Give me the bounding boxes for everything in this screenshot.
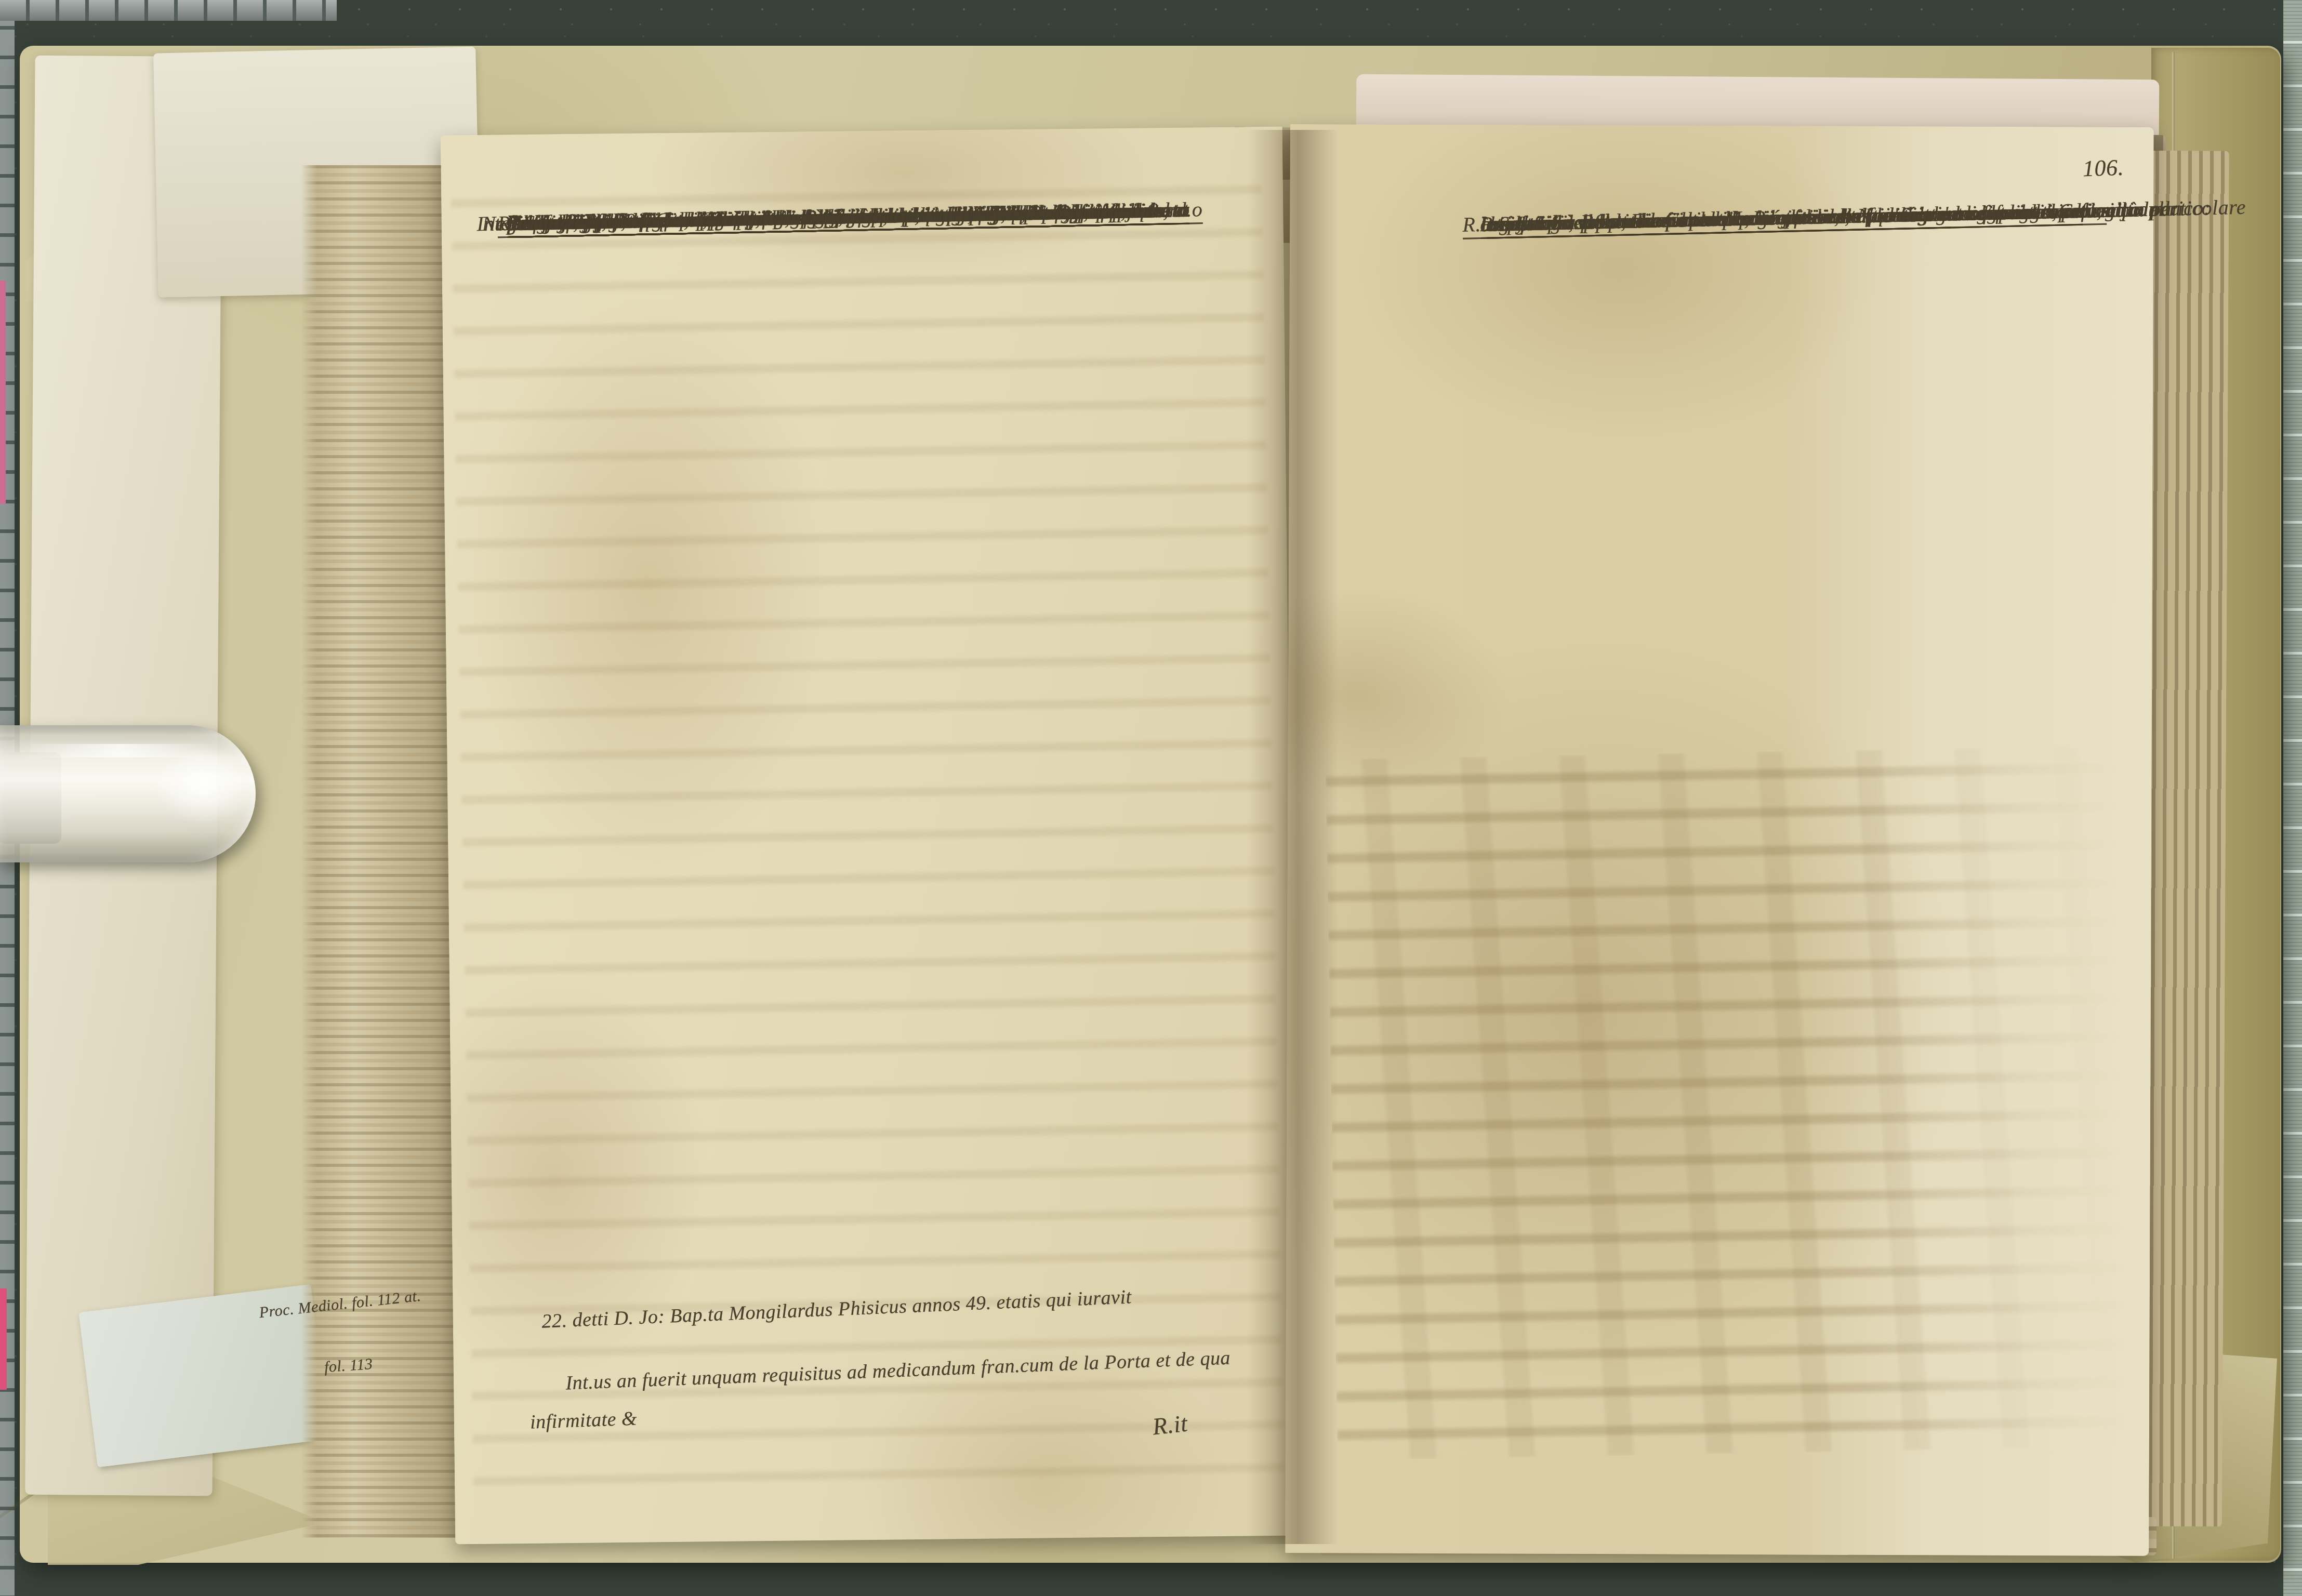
glass-highlight — [21, 744, 218, 757]
color-sliver-left-lower — [0, 1288, 7, 1390]
right-ruler-strip — [2283, 0, 2302, 1596]
manuscript-photo: 106. diedi di quel acqua del Beato manda… — [0, 0, 2302, 1596]
margin-note-folio: fol. 113 — [324, 1355, 374, 1376]
page-number: 106. — [2082, 154, 2124, 182]
deposition-infirmitate-line: infirmitate & — [530, 1407, 637, 1433]
manuscript-line-text: ne fatto altro & — [507, 208, 640, 235]
show-through-right-page — [1325, 746, 2132, 1460]
top-left-grid-ruler — [0, 0, 337, 21]
color-sliver-left-upper — [0, 281, 6, 504]
respondit-mark: R.it — [1151, 1409, 1188, 1441]
